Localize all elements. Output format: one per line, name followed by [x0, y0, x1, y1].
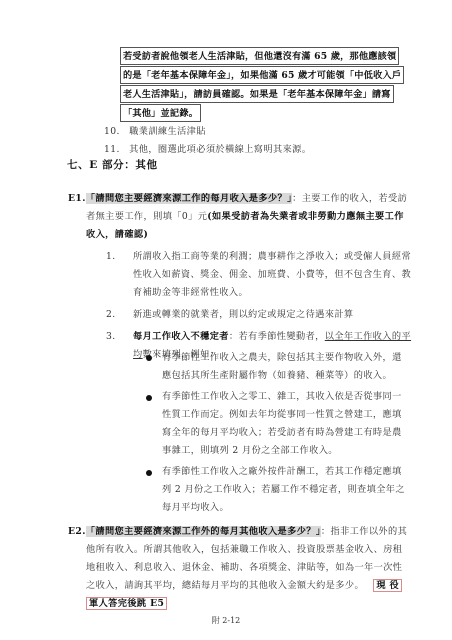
item-text: 其他，圈選此項必須於橫線上寫明其來源。: [129, 144, 311, 155]
question-desc: ：指非工作以外的其: [321, 526, 407, 537]
e2-question-line-1: E2.「請問您主要經濟來源工作外的每月其他收入是多少？」：指非工作以外的其: [68, 527, 407, 536]
note-box-line-2: 的是「老年基本保障年金」，如果他滿 65 歲才可能領「中低收入戶: [120, 66, 404, 84]
bullet-icon: [146, 355, 152, 361]
list-item-11: 11. 其他，圈選此項必須於橫線上寫明其來源。: [104, 145, 311, 154]
note-box-line-3: 老人生活津貼」，請訪員確認。如果是「老年基本保障年金」請寫: [120, 85, 394, 103]
point-text: 所謂收入指工商等業的利潤；農事耕作之淨收入；或受僱人員經常: [133, 252, 411, 261]
bullet-text: 應包括其所生產附屬作物（如養豬、種菜等）的收入。: [162, 371, 392, 380]
question-text: 「請問您主要經濟來源工作的每月收入是多少？」: [86, 193, 292, 204]
point-number: 3.: [106, 332, 116, 341]
e1-question-line-3: 收入，請確認): [86, 230, 148, 239]
question-note: (如果受訪者為失業者或非勞動力應無主要工作: [207, 211, 404, 222]
bullet-text: 事雜工，則填列 2 月份之全部工作收入。: [162, 446, 338, 455]
e2-text: 他所有收入。所謂其他收入，包括兼職工作收入、投資股票基金收入、房租: [86, 545, 402, 554]
e2-text: 地租收入、利息收入、退休金、補助、各項獎金、津貼等，如為一年一次性: [86, 563, 402, 572]
bullet-text: 列 2 月份之工作收入；若屬工作不穩定者，則查填全年之: [162, 485, 405, 494]
e1-question-line-2: 者無主要工作，則填「0」元(如果受訪者為失業者或非勞動力應無主要工作: [86, 212, 404, 221]
question-label: E1.: [68, 193, 86, 204]
note-text: 老人生活津貼」，請訪員確認。如果是「老年基本保障年金」請寫: [123, 89, 391, 100]
question-text: 「請問您主要經濟來源工作外的每月其他收入是多少？」: [86, 526, 321, 537]
e2-skip-line: 軍人答完後跳 E5: [86, 599, 167, 608]
bullet-text: 有季節性工作收入之農夫，除包括其主要作物收入外，還: [162, 353, 402, 362]
item-number: 10.: [104, 126, 120, 137]
e2-text: 之收入，請詢其平均，總結每月平均的其他收入金額大約是多少。: [86, 580, 364, 591]
point-number: 1.: [106, 252, 116, 261]
point-bold-lead: 每月工作收入不穩定者: [133, 331, 229, 342]
bullet-text: 寫全年的每月平均收入；若受訪者有時為營建工有時是農: [162, 428, 402, 437]
note-text: 「其他」並記錄。: [123, 108, 198, 119]
note-text: 若受訪者說他領老人生活津貼，但他還沒有滿 65 歲，那他應該領: [123, 51, 396, 62]
note-text: 的是「老年基本保障年金」，如果他滿 65 歲才可能領「中低收入戶: [123, 70, 401, 81]
question-label: E2.: [68, 526, 86, 537]
point-text: 新進或轉業的就業者，則以約定或規定之待遇來計算: [133, 310, 354, 319]
point-3-line-1: 每月工作收入不穩定者：若有季節性變動者，以全年工作收入的平: [133, 332, 411, 341]
question-desc: 者無主要工作，則填「0」元: [86, 211, 207, 222]
e1-question-line-1: E1.「請問您主要經濟來源工作的每月收入是多少？」：主要工作的收入，若受訪: [68, 194, 407, 203]
item-number: 11.: [104, 144, 120, 155]
page-number: 附 2-12: [0, 617, 452, 625]
question-desc: ：主要工作的收入，若受訪: [292, 193, 407, 204]
bullet-text: 有季節性工作收入之零工、雜工，其收入依是否從事同一: [162, 392, 402, 401]
e2-text-with-skip: 之收入，請詢其平均，總結每月平均的其他收入金額大約是多少。 現 役: [86, 581, 402, 590]
point-underlined-text: 均: [133, 349, 143, 360]
point-underlined-text: 以全年工作收入的平: [325, 331, 411, 342]
point-number: 2.: [106, 310, 116, 319]
point-text: 性收入如薪資、獎金、佣金、加班費、小費等，但不包含生育、教: [133, 270, 411, 279]
point-text: ：若有季節性變動者，: [229, 331, 325, 342]
bullet-icon: [146, 395, 152, 401]
skip-note: 軍人答完後跳 E5: [86, 597, 167, 610]
item-text: 職業訓練生活津貼: [129, 126, 206, 137]
bullet-text: 每月平均收入。: [162, 503, 229, 512]
note-box-line-4: 「其他」並記錄。: [120, 104, 201, 122]
point-text: 育補助金等非經常性收入。: [133, 288, 248, 297]
bullet-text: 性質工作而定。例如去年均從事同一性質之營建工，應填: [162, 410, 402, 419]
note-box-line-1: 若受訪者說他領老人生活津貼，但他還沒有滿 65 歲，那他應該領: [120, 47, 399, 65]
bullet-text: 有季節性工作收入之廠外按件計酬工，若其工作穩定應填: [162, 467, 402, 476]
list-item-10: 10. 職業訓練生活津貼: [104, 127, 206, 136]
skip-note: 現 役: [373, 579, 402, 592]
section-title: 七、E 部分：其他: [67, 160, 158, 171]
bullet-icon: [146, 470, 152, 476]
